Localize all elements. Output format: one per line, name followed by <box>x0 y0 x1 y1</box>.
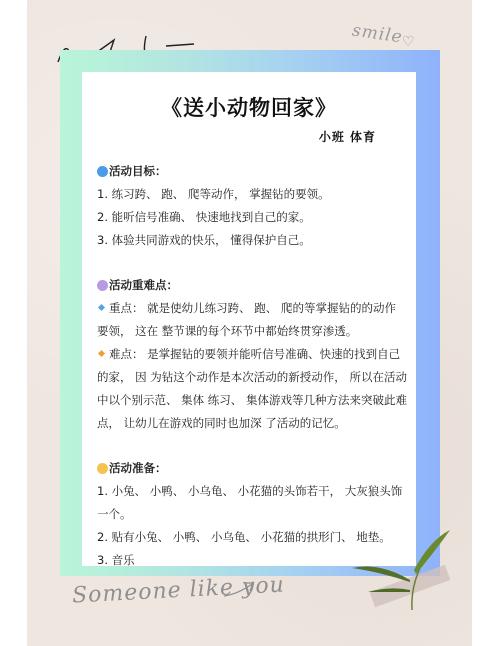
goal-item: 2. 能听信号准确、 快速地找到自己的家。 <box>97 206 407 229</box>
key-point-paragraph: 重点： 就是使幼儿练习跨、 跑、 爬的等掌握钻的的动作要领， 这在 整节课的每个… <box>97 297 407 343</box>
heart-icon: ♡ <box>402 34 415 50</box>
section-heading-key-points: 活动重难点： <box>97 274 407 297</box>
key-point-label: 重点： <box>109 301 144 315</box>
blue-diamond-icon <box>98 304 105 311</box>
preparation-item: 3. 音乐 <box>97 549 407 572</box>
goal-item: 3. 体验共同游戏的快乐， 懂得保护自己。 <box>97 229 407 252</box>
purple-dot-icon <box>97 280 108 291</box>
document-subtitle: 小班 体育 <box>319 128 376 145</box>
difficult-point-label: 难点： <box>109 347 144 361</box>
section-heading-goals: 活动目标： <box>97 160 407 183</box>
document-content: 活动目标： 1. 练习跨、 跑、 爬等动作， 掌握钻的要领。 2. 能听信号准确… <box>97 160 407 572</box>
preparation-item: 2. 贴有小兔、 小鸭、 小乌龟、 小花猫的拱形门、 地垫。 <box>97 526 407 549</box>
document-title: 《送小动物回家》 <box>82 92 416 122</box>
goal-item: 1. 练习跨、 跑、 爬等动作， 掌握钻的要领。 <box>97 183 407 206</box>
document-card: 《送小动物回家》 小班 体育 活动目标： 1. 练习跨、 跑、 爬等动作， 掌握… <box>82 72 416 566</box>
arrow-icon <box>222 580 258 600</box>
difficult-point-paragraph: 难点： 是掌握钻的要领并能听信号准确、快速的找到自己的家， 因 为钻这个动作是本… <box>97 343 407 435</box>
section-heading-preparation: 活动准备： <box>97 457 407 480</box>
preparation-item: 1. 小兔、 小鸭、 小乌龟、 小花猫的头饰若干， 大灰狼头饰一个。 <box>97 480 407 526</box>
section-heading-text: 活动准备： <box>109 457 167 480</box>
difficult-point-text: 是掌握钻的要领并能听信号准确、快速的找到自己的家， 因 为钻这个动作是本次活动的… <box>97 347 407 430</box>
yellow-dot-icon <box>97 463 108 474</box>
orange-diamond-icon <box>98 350 105 357</box>
blue-dot-icon <box>97 166 108 177</box>
section-heading-text: 活动重难点： <box>109 274 178 297</box>
section-heading-text: 活动目标： <box>109 160 167 183</box>
